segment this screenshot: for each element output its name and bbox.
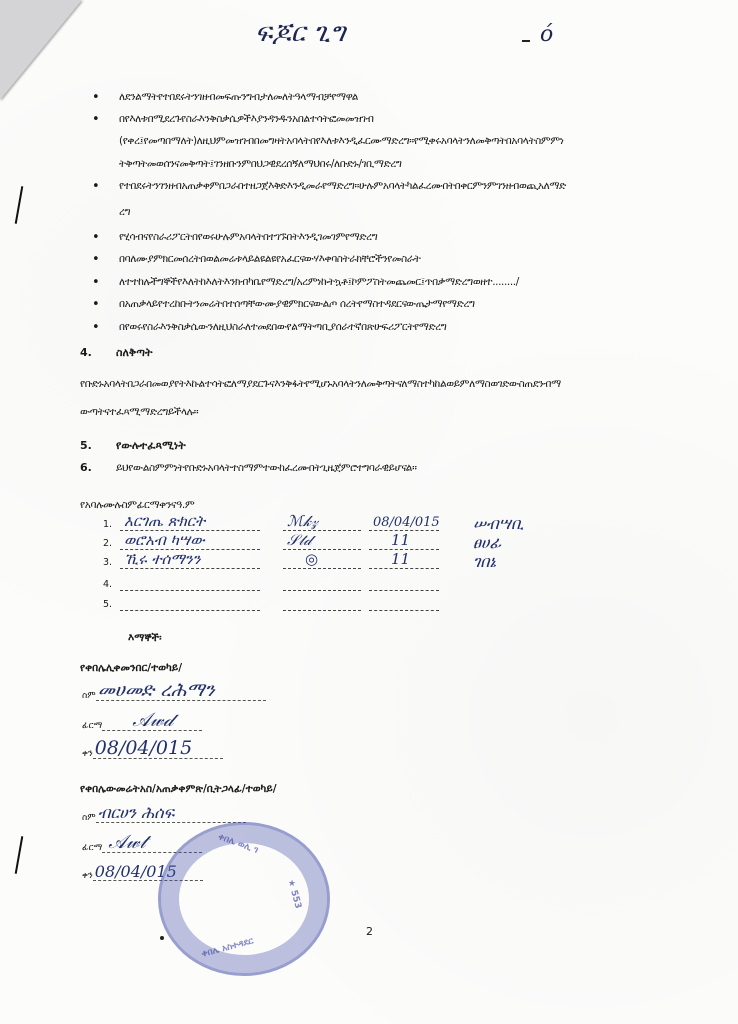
margin-pen-mark bbox=[15, 836, 24, 874]
official-stamp: ቀበሌ ወሊ ገ ★ 553 ቀበሌ አስተዳደር bbox=[158, 822, 330, 976]
row-number: 4. bbox=[103, 579, 112, 590]
member-signature-cell: ℳ𝓀𝓏 bbox=[283, 516, 361, 531]
list-item-text: (የቀረ፤የመጣበማለት)ለዚህምመዝገብበመግዛትአባላትበየእለቱእንዲፈር… bbox=[119, 135, 702, 148]
handwritten-title: ፍጆር ጊግ bbox=[255, 18, 345, 49]
member-name-cell bbox=[120, 576, 260, 591]
member-date: 11 bbox=[391, 550, 410, 568]
date-value: 08/04/015 bbox=[95, 737, 192, 759]
stamp-bottom-text: ቀበሌ አስተዳደር bbox=[201, 936, 255, 959]
section-4-heading: 4.ስለቅጣት bbox=[80, 346, 152, 360]
stamp-side-text: ★ 553 bbox=[285, 878, 302, 910]
handwritten-dash bbox=[522, 40, 530, 42]
member-signature: ◎ bbox=[305, 550, 318, 568]
list-item: ለተተከሉችግኞችየእለትከእለትእንክብካቤየማድረግ/አረምነኩትኳቶ፤ኮም… bbox=[92, 276, 702, 289]
member-name: ኺሩ ተሰማንን bbox=[124, 550, 201, 568]
section-text: ይህየውልስምምነትየቡድኑአባላትተስማምተውከፈረሙበትጊዜጀምሮተግባራዊ… bbox=[116, 462, 417, 474]
member-name: ወሮአብ ካሣው bbox=[124, 531, 205, 549]
list-item: በየእለቱበሚደረጉየስራእንቅስቃሴዎችእያንዳንዱንአበልተሳትፎመመዝገብ… bbox=[92, 113, 702, 171]
kebele-chair-signature-field: ፊርማ𝒜𝓌𝒹 bbox=[82, 716, 202, 731]
list-item-text: በየወሩየስራእንቅስቃሴውንለዚህስራለተመደበውየልማትጣቢያሰራተኛበጽሁ… bbox=[119, 321, 702, 334]
land-office-heading: የቀበሌውመሬትአስ/አጠቃቀምጽ/ቢትጋላፊ/ተወካይ/ bbox=[80, 783, 277, 796]
member-date: 08/04/015 bbox=[373, 515, 440, 530]
list-item-text: የሂሳብናየስራሪፖርትበየወሩሁሉምአባላትበተገኙበትእንዲገመገምየማድረ… bbox=[119, 231, 702, 244]
member-date-cell bbox=[369, 576, 439, 591]
list-item-text: ለተተከሉችግኞችየእለትከእለትእንክብካቤየማድረግ/አረምነኩትኳቶ፤ኮም… bbox=[119, 276, 702, 289]
member-signature: ℳ𝓀𝓏 bbox=[287, 512, 318, 530]
signature-label: ፊርማ bbox=[82, 843, 102, 853]
signature-label: ፊርማ bbox=[82, 721, 102, 731]
list-item-text: በባለሙያምክርመሰረትበወልመሬቱላይልዩልዩየአፈርናውሃእቀባስትራክቸሮ… bbox=[119, 253, 702, 266]
member-date-cell bbox=[369, 596, 439, 611]
obligations-list: ለደንልማትየተበደሩትንገዘብመፍጡንግብታለመለትዓላማብቻየማዋል በየእ… bbox=[92, 91, 702, 343]
section-6: 6.ይህየውልስምምነትየቡድኑአባላትተስማምተውከፈረሙበትጊዜጀምሮተግባ… bbox=[80, 461, 417, 475]
member-signature-cell bbox=[283, 576, 361, 591]
member-signature-cell bbox=[283, 596, 361, 611]
page-number: 2 bbox=[366, 925, 373, 938]
witnesses-label: እማኞች፡ bbox=[128, 632, 162, 645]
signature-value: 𝒜𝓌𝓉 bbox=[108, 831, 146, 853]
section-title: የውሉተፈጻሚነት bbox=[116, 439, 186, 452]
member-role: ሠብሣቢ bbox=[473, 514, 524, 534]
member-date-cell: 08/04/015 bbox=[369, 516, 439, 531]
stamp-top-text: ቀበሌ ወሊ ገ bbox=[217, 832, 260, 856]
member-name: እርገጤ ጽክርት bbox=[124, 512, 205, 530]
member-name-cell: እርገጤ ጽክርት bbox=[120, 516, 260, 531]
row-number: 1. bbox=[103, 519, 112, 530]
date-label: ቀን bbox=[82, 871, 93, 881]
section-number: 6. bbox=[80, 461, 116, 474]
list-item: በባለሙያምክርመሰረትበወልመሬቱላይልዩልዩየአፈርናውሃእቀባስትራክቸሮ… bbox=[92, 253, 702, 266]
member-role: ፀሀፊ bbox=[473, 533, 501, 553]
date-label: ቀን bbox=[82, 749, 93, 759]
list-item: የተበደሩትንገንዘብአጠቃቀምበጋራበተዘጋጀእቅድእንዲመራየማድረግ።ሁሉ… bbox=[92, 180, 702, 218]
member-name-cell bbox=[120, 596, 260, 611]
member-role: ገበኔ bbox=[473, 552, 496, 572]
folded-corner bbox=[0, 0, 82, 100]
name-value: መሀመድ ረሕማን bbox=[98, 679, 215, 701]
kebele-chair-heading: የቀበሌሊቀመንበር/ተወካይ/ bbox=[80, 662, 182, 675]
member-signature-cell: 𝒮𝓉𝒹 bbox=[283, 535, 361, 550]
section-4-paragraph: የቡድኑአባላትበጋራበመወያየትእኩልተሳትፎለማያደርጉናእንቅፋትየሚሆኑ… bbox=[80, 378, 700, 433]
paragraph-line: የቡድኑአባላትበጋራበመወያየትእኩልተሳትፎለማያደርጉናእንቅፋትየሚሆኑ… bbox=[80, 378, 700, 391]
member-name-cell: ወሮአብ ካሣው bbox=[120, 535, 260, 550]
list-item: የሂሳብናየስራሪፖርትበየወሩሁሉምአባላትበተገኙበትእንዲገመገምየማድረ… bbox=[92, 231, 702, 244]
kebele-chair-date-field: ቀን08/04/015 bbox=[82, 744, 223, 759]
section-number: 5. bbox=[80, 439, 116, 452]
name-label: ስም bbox=[82, 813, 96, 823]
section-5-heading: 5.የውሉተፈጻሚነት bbox=[80, 439, 186, 453]
margin-pen-mark bbox=[15, 186, 24, 224]
member-signature: 𝒮𝓉𝒹 bbox=[287, 531, 311, 549]
member-name-cell: ኺሩ ተሰማንን bbox=[120, 554, 260, 569]
list-item: በአጠቃላይየተረከቡትንመሬትበተሰጣቸውሙያዊምክርናውልጦ ሰረትየማስተ… bbox=[92, 298, 702, 311]
member-date-cell: 11 bbox=[369, 554, 439, 569]
list-item-text: በአጠቃላይየተረከቡትንመሬትበተሰጣቸውሙያዊምክርናውልጦ ሰረትየማስተ… bbox=[119, 298, 702, 311]
row-number: 5. bbox=[103, 599, 112, 610]
scanned-document-page: ፍጆር ጊግ ó ለደንልማትየተበደሩትንገዘብመፍጡንግብታለመለትዓላማብ… bbox=[0, 0, 738, 1024]
row-number: 2. bbox=[103, 538, 112, 549]
section-number: 4. bbox=[80, 346, 116, 359]
list-item: ለደንልማትየተበደሩትንገዘብመፍጡንግብታለመለትዓላማብቻየማዋል bbox=[92, 91, 702, 104]
land-office-name-field: ስምብርሀን ሕሰፍ bbox=[82, 808, 246, 823]
name-value: ብርሀን ሕሰፍ bbox=[98, 803, 174, 823]
member-date-cell: 11 bbox=[369, 535, 439, 550]
paragraph-line: ውጣትናተፈጻሚማድረግይችላሉ። bbox=[80, 406, 700, 419]
member-date: 11 bbox=[391, 531, 410, 549]
list-item-text: ለደንልማትየተበደሩትንገዘብመፍጡንግብታለመለትዓላማብቻየማዋል bbox=[119, 91, 702, 104]
list-item-text: ረግ bbox=[119, 206, 702, 219]
section-title: ስለቅጣት bbox=[116, 346, 152, 359]
member-signature-cell: ◎ bbox=[283, 554, 361, 569]
row-number: 3. bbox=[103, 557, 112, 568]
name-label: ስም bbox=[82, 691, 96, 701]
list-item-text: ትቅጣትመወሰንናመቅጣት፤ገንዘቡንምበህጋዊደረሰኝለማህበሩ/ለቡድኑ/ገ… bbox=[119, 158, 702, 171]
list-item-text: በየእለቱበሚደረጉየስራእንቅስቃሴዎችእያንዳንዱንአበልተሳትፎመመዝገብ bbox=[119, 113, 702, 126]
signature-value: 𝒜𝓌𝒹 bbox=[132, 709, 173, 731]
members-table-title: የአባሉሙሉስምፊርማቀንናዓ.ም bbox=[80, 499, 194, 512]
list-item-text: የተበደሩትንገንዘብአጠቃቀምበጋራበተዘጋጀእቅድእንዲመራየማድረግ።ሁሉ… bbox=[119, 180, 702, 193]
handwritten-mark: ó bbox=[540, 22, 553, 47]
ink-dot bbox=[160, 936, 164, 940]
list-item: በየወሩየስራእንቅስቃሴውንለዚህስራለተመደበውየልማትጣቢያሰራተኛበጽሁ… bbox=[92, 321, 702, 334]
kebele-chair-name-field: ስምመሀመድ ረሕማን bbox=[82, 686, 266, 701]
